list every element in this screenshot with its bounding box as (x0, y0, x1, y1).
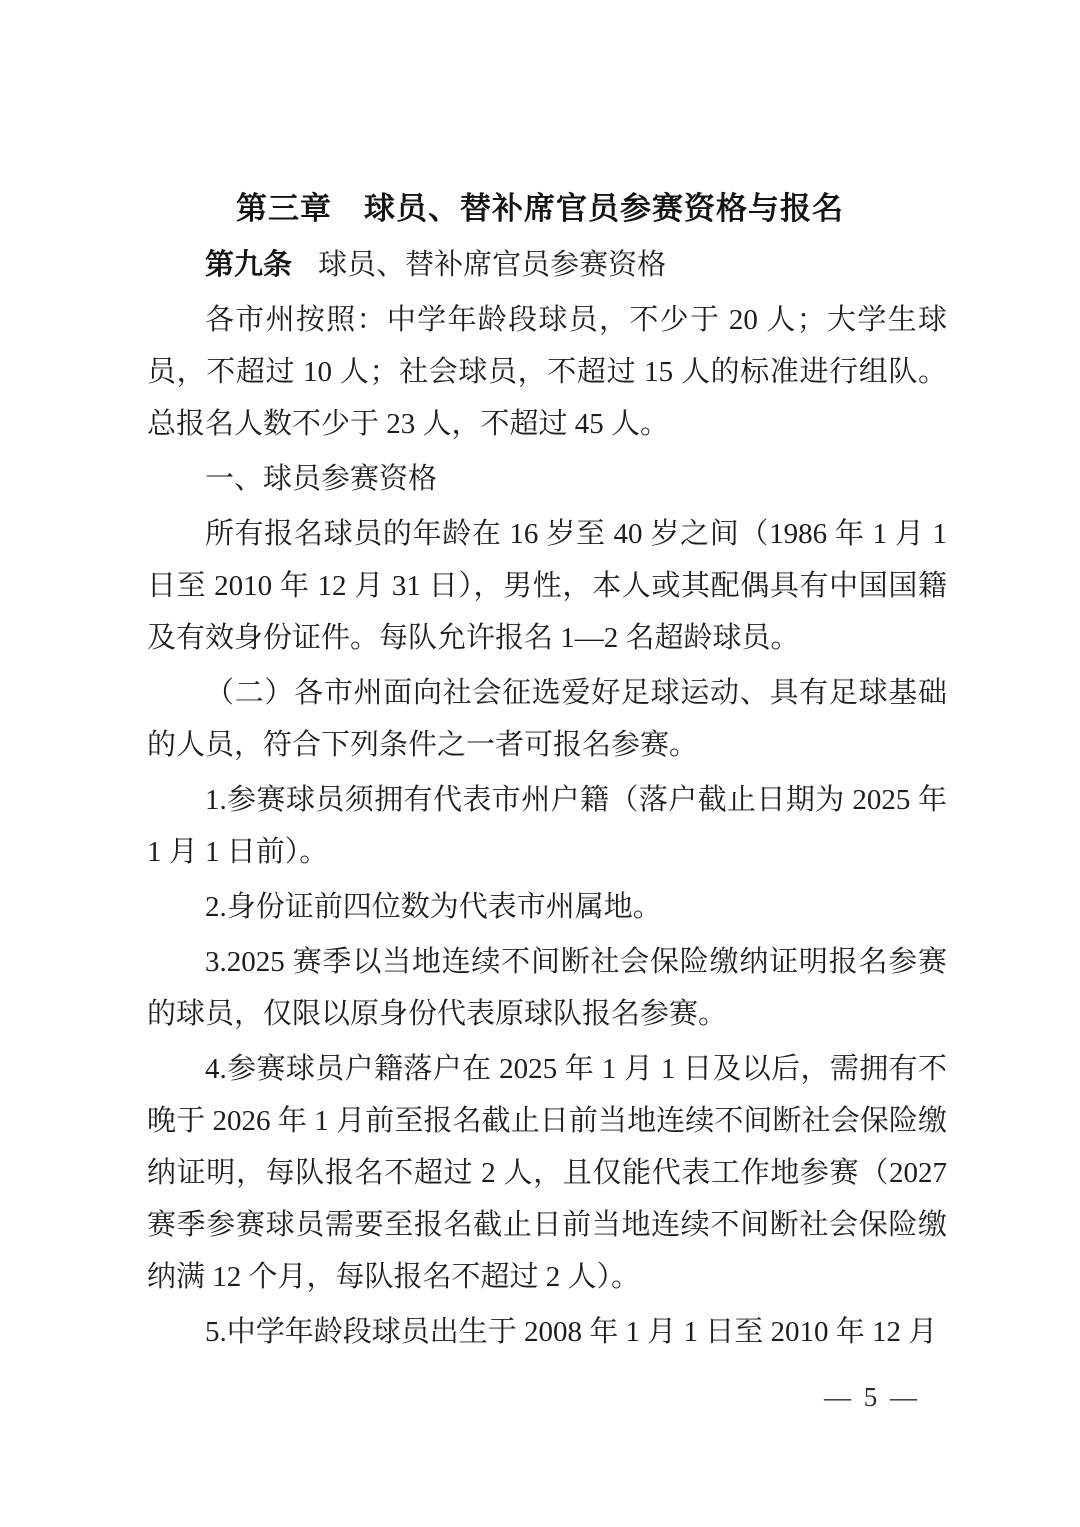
paragraph-social-players: （二）各市州面向社会征选爱好足球运动、具有足球基础的人员，符合下列条件之一者可报… (147, 667, 947, 771)
document-page: 第三章 球员、替补席官员参赛资格与报名 第九条球员、替补席官员参赛资格 各市州按… (0, 0, 1080, 1527)
paragraph-team-quota: 各市州按照：中学年龄段球员，不少于 20 人；大学生球员，不超过 10 人；社会… (147, 294, 947, 450)
paragraph-age-requirement: 所有报名球员的年龄在 16 岁至 40 岁之间（1986 年 1 月 1 日至 … (147, 508, 947, 664)
article-number: 第九条 (205, 249, 318, 281)
list-item-3-social-insurance-2025: 3.2025 赛季以当地连续不间断社会保险缴纳证明报名参赛的球员，仅限以原身份代… (147, 936, 947, 1040)
article-title: 球员、替补席官员参赛资格 (318, 249, 666, 281)
list-item-5-middle-school-age: 5.中学年龄段球员出生于 2008 年 1 月 1 日至 2010 年 12 月 (147, 1306, 947, 1358)
chapter-title: 第三章 球员、替补席官员参赛资格与报名 (0, 188, 1080, 230)
list-item-4-registration-after-2025: 4.参赛球员户籍落户在 2025 年 1 月 1 日及以后，需拥有不晚于 202… (147, 1043, 947, 1303)
article-heading: 第九条球员、替补席官员参赛资格 (147, 239, 947, 291)
list-item-1-household-registration: 1.参赛球员须拥有代表市州户籍（落户截止日期为 2025 年 1 月 1 日前）… (147, 774, 947, 878)
list-item-2-id-prefix: 2.身份证前四位数为代表市州属地。 (147, 881, 947, 933)
section-heading-player-eligibility: 一、球员参赛资格 (147, 453, 947, 505)
document-body: 第九条球员、替补席官员参赛资格 各市州按照：中学年龄段球员，不少于 20 人；大… (147, 239, 947, 1358)
page-number: — 5 — (824, 1382, 920, 1412)
